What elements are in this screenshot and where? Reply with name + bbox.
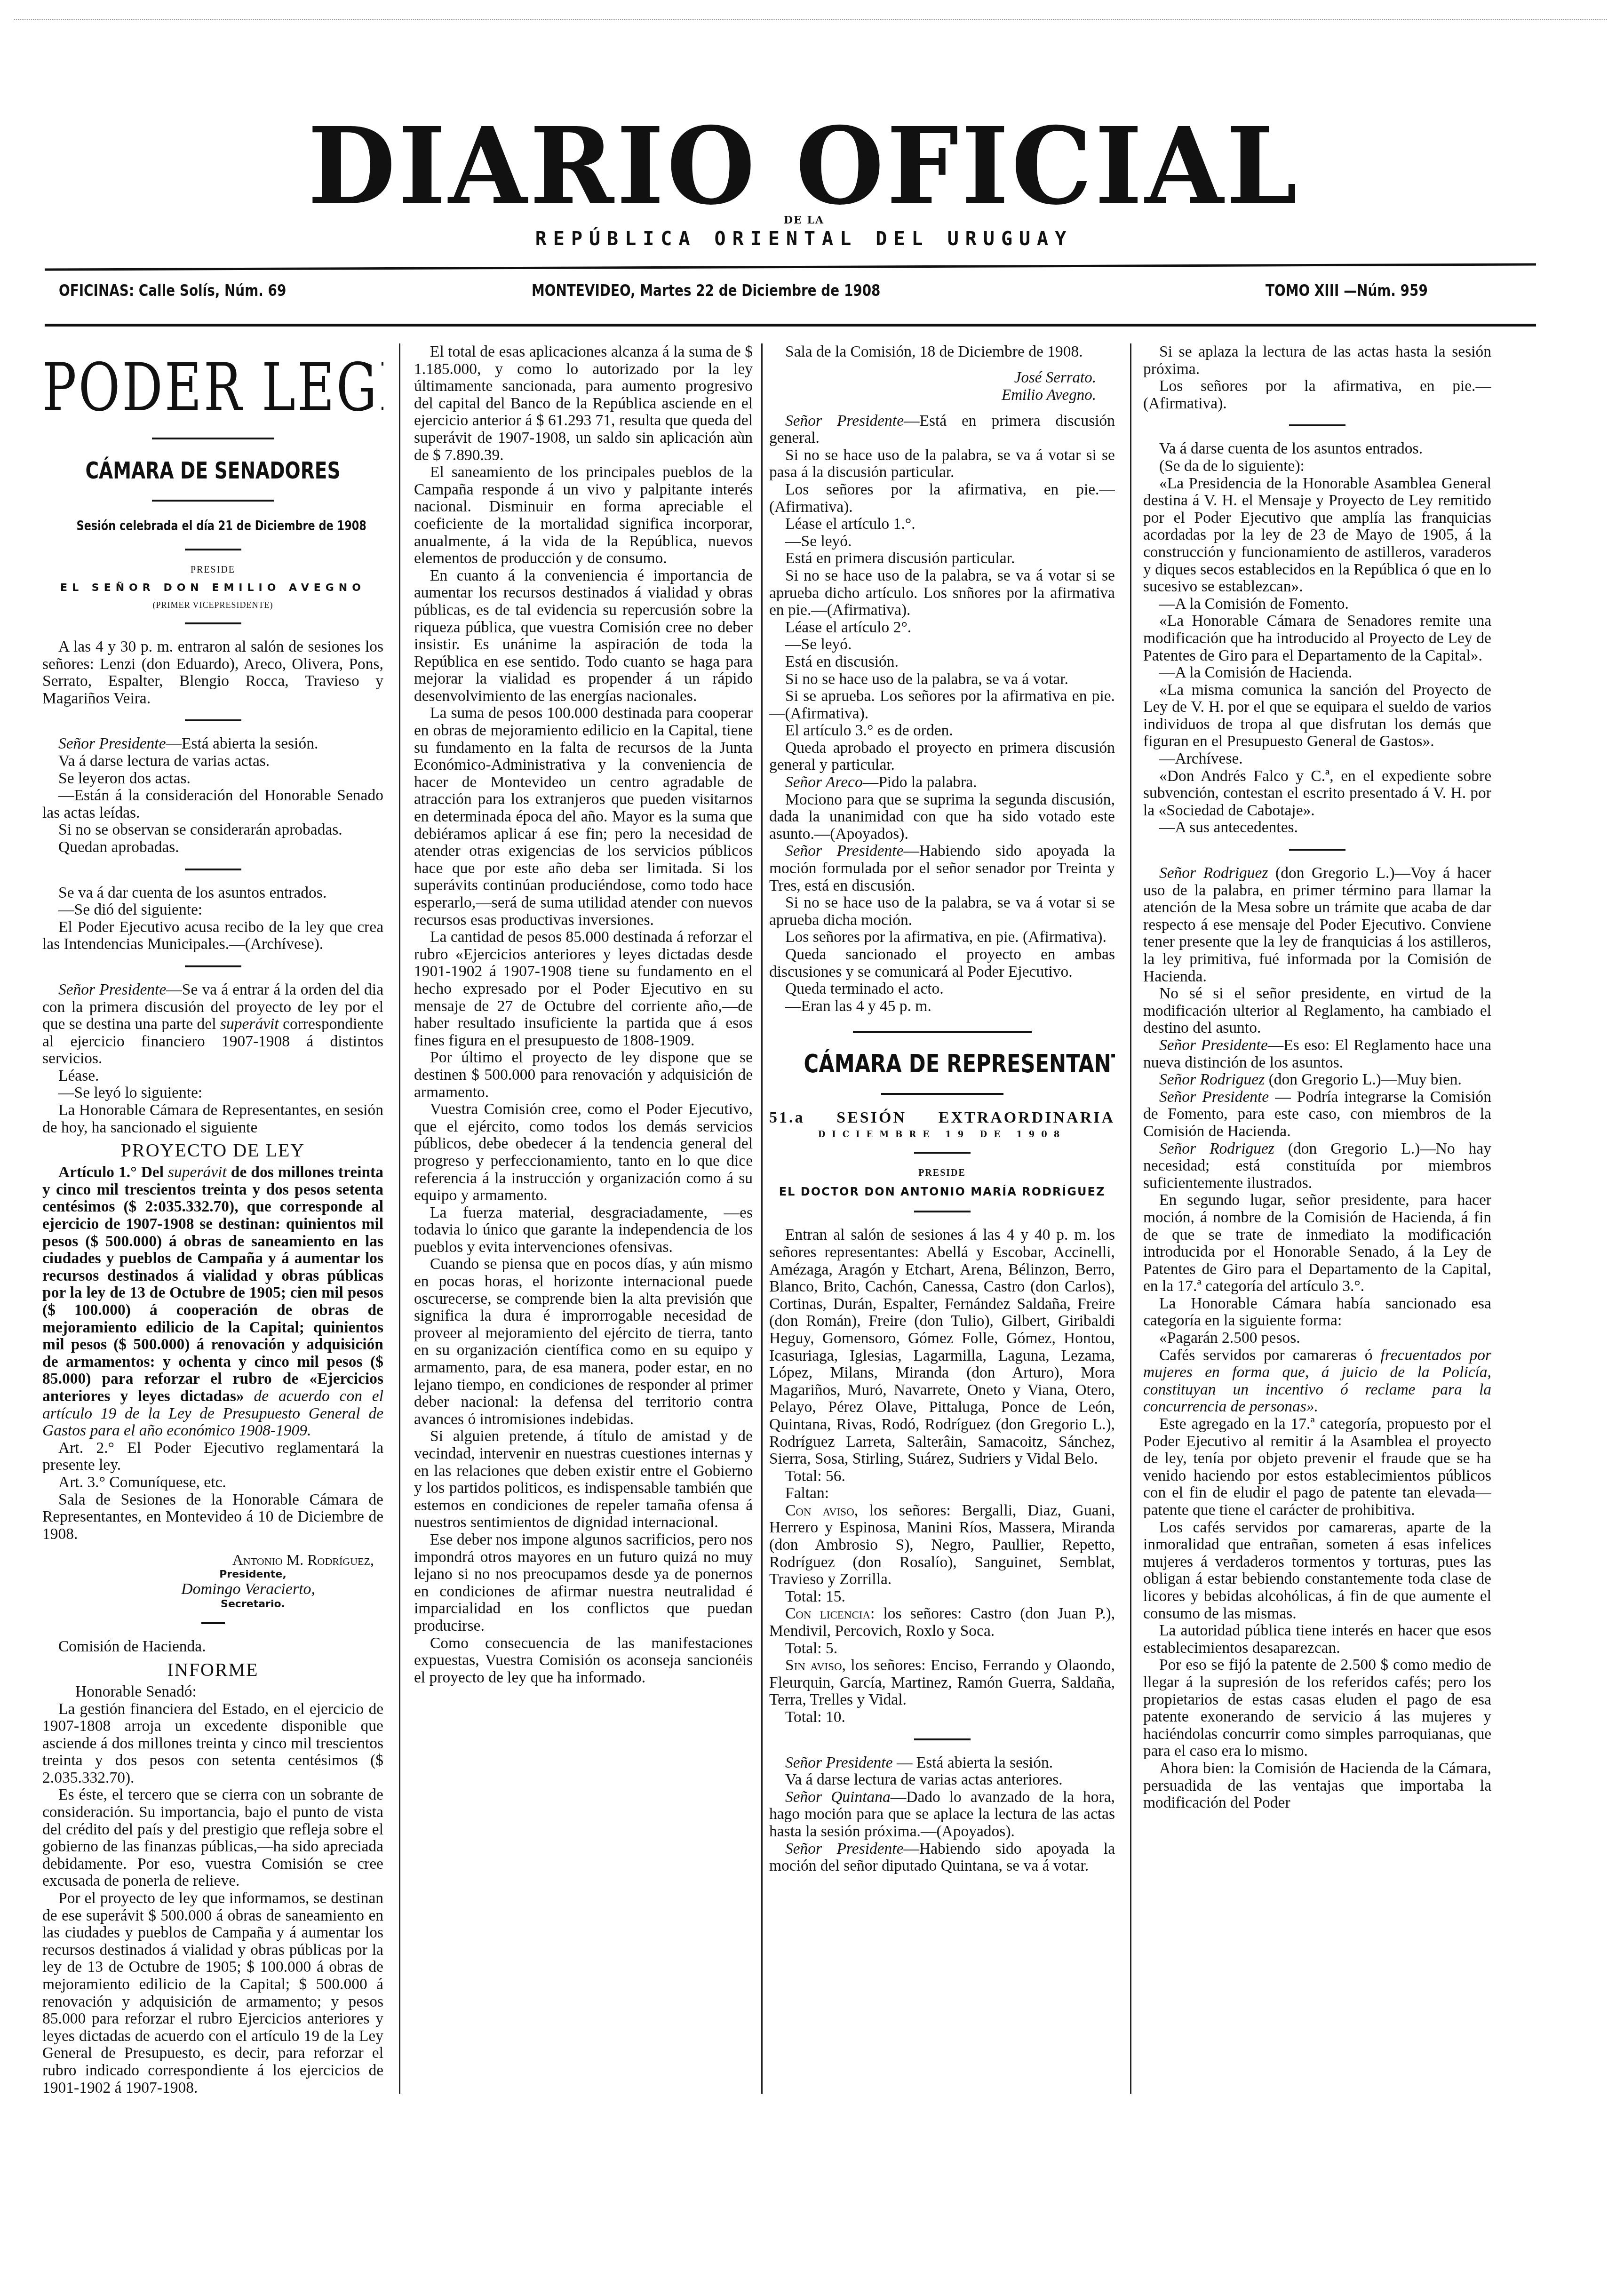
- paragraph: —Se leyó.: [769, 636, 1115, 654]
- paragraph: La suma de pesos 100.000 destinada para …: [414, 705, 753, 929]
- paragraph: —Están á la consideración del Honorable …: [42, 787, 383, 821]
- paragraph: El total de esas aplicaciones alcanza á …: [414, 343, 753, 464]
- print-noise: [14, 19, 1608, 24]
- paragraph: «Don Andrés Falco y C.ª, en el expedient…: [1143, 768, 1491, 820]
- paragraph: Si no se hace uso de la palabra, se va á…: [769, 447, 1115, 481]
- issue-info-bar: OFICINAS: Calle Solís, Núm. 69 MONTEVIDE…: [0, 281, 1608, 310]
- absent-label: Faltan:: [769, 1485, 1115, 1502]
- session-heading: 51.a SESIÓN EXTRAORDINARIA: [769, 1109, 1115, 1127]
- paragraph: Los señores por la afirmativa, en pie. (…: [769, 929, 1115, 946]
- divider: [185, 869, 241, 870]
- paragraph: —Eran las 4 y 45 p. m.: [769, 998, 1115, 1015]
- volume-number: TOMO XIII —Núm. 959: [1266, 281, 1428, 300]
- paragraph: —A la Comisión de Fomento.: [1143, 596, 1491, 613]
- divider: [914, 1152, 971, 1154]
- total: Total: 10.: [769, 1709, 1115, 1726]
- preside-label: PRESIDE: [769, 1168, 1115, 1179]
- paragraph: Señor Presidente—Habiendo sido apoyada l…: [769, 1841, 1115, 1875]
- paragraph: Va á darse lectura de varias actas.: [42, 753, 383, 770]
- paragraph: La Honorable Cámara había sancionado esa…: [1143, 1295, 1491, 1330]
- paragraph: Si no se hace uso de la palabra, se va á…: [769, 894, 1115, 929]
- column-divider: [399, 343, 400, 2094]
- president-name: EL DOCTOR DON ANTONIO MARÍA RODRÍGUEZ: [769, 1185, 1115, 1198]
- chamber-heading: CÁMARA DE SENADORES: [80, 454, 346, 487]
- total: Total: 5.: [769, 1640, 1115, 1658]
- paragraph: Los cafés servidos por camareras, aparte…: [1143, 1519, 1491, 1623]
- paragraph: —A la Comisión de Hacienda.: [1143, 664, 1491, 682]
- paragraph: La Honorable Cámara de Representantes, e…: [42, 1102, 383, 1136]
- paragraph: Los señores por la afirmativa, en pie.—(…: [1143, 378, 1491, 412]
- paragraph: —A sus antecedentes.: [1143, 819, 1491, 837]
- divider: [1289, 424, 1345, 426]
- divider: [201, 1622, 225, 1624]
- paragraph: Señor Presidente—Está abierta la sesión.: [42, 735, 383, 753]
- paragraph: Va á darse cuenta de los asuntos entrado…: [1143, 440, 1491, 458]
- paragraph: (Se da de lo siguiente):: [1143, 458, 1491, 475]
- signatory-name: José Serrato.: [769, 369, 1115, 387]
- paragraph: —Se leyó.: [769, 533, 1115, 550]
- paragraph: Señor Rodriguez (don Gregorio L.)—No hay…: [1143, 1140, 1491, 1192]
- column-1: PODER LEGISLATIVO CÁMARA DE SENADORES Se…: [42, 343, 383, 2282]
- column-divider: [1130, 343, 1131, 2094]
- column-2: Por el proyecto de ley que informamos, s…: [414, 343, 753, 2282]
- paragraph: Señor Presidente—Es eso: El Reglamento h…: [1143, 1037, 1491, 1071]
- paragraph: Es éste, el tercero que se cierra con un…: [42, 1786, 383, 1890]
- masthead-rule-bottom: [45, 324, 1536, 327]
- paragraph: Por el proyecto de ley que informamos, s…: [42, 1890, 383, 2097]
- paragraph: En cuanto á la conveniencia é importanci…: [414, 567, 753, 705]
- divider: [152, 500, 274, 502]
- newspaper-title: DIARIO OFICIAL: [0, 113, 1608, 219]
- signatory-name: Domingo Veracierto,: [42, 1580, 383, 1598]
- paragraph: Si no se observan se considerarán aproba…: [42, 821, 383, 839]
- attendance-list: Entran al salón de sesiones á las 4 y 40…: [769, 1227, 1115, 1467]
- paragraph: Señor Rodriguez (don Gregorio L.)—Muy bi…: [1143, 1071, 1491, 1089]
- paragraph: No sé si el señor presidente, en virtud …: [1143, 985, 1491, 1037]
- signatory-role: Secretario.: [42, 1598, 383, 1610]
- paragraph: Cafés servidos por camareras ó frecuenta…: [1143, 1347, 1491, 1416]
- session-heading: Sesión celebrada el día 21 de Diciembre …: [77, 516, 350, 536]
- president-name: EL SEÑOR DON EMILIO AVEGNO: [42, 582, 383, 594]
- newspaper-subtitle: REPÚBLICA ORIENTAL DEL URUGUAY: [0, 228, 1608, 250]
- paragraph: Si no se hace uso de la palabra, se va á…: [769, 671, 1115, 688]
- signatory-name: Emilio Avegno.: [769, 387, 1115, 404]
- paragraph: «La misma comunica la sanción del Proyec…: [1143, 682, 1491, 750]
- paragraph: Ahora bien: la Comisión de Hacienda de l…: [1143, 1760, 1491, 1812]
- paragraph: Por eso se fijó la patente de 2.500 $ co…: [1143, 1657, 1491, 1760]
- speaker: Señor Presidente: [58, 735, 166, 752]
- bill-heading: PROYECTO DE LEY: [42, 1139, 383, 1161]
- paragraph: —Se leyó lo siguiente:: [42, 1084, 383, 1102]
- paragraph: —Se dió del siguiente:: [42, 901, 383, 919]
- paragraph: Léase el artículo 2°.: [769, 619, 1115, 637]
- total-present: Total: 56.: [769, 1468, 1115, 1485]
- paragraph: Mociono para que se suprima la segunda d…: [769, 791, 1115, 843]
- divider: [185, 965, 241, 967]
- divider: [185, 549, 241, 550]
- section-heading: PODER LEGISLATIVO: [42, 349, 383, 428]
- paragraph: Queda sancionado el proyecto en ambas di…: [769, 946, 1115, 981]
- paragraph: A las 4 y 30 p. m. entraron al salón de …: [42, 638, 383, 707]
- paragraph: «La Presidencia de la Honorable Asamblea…: [1143, 475, 1491, 596]
- signatory-name: Antonio M. Rodríguez,: [42, 1551, 383, 1569]
- paragraph: La autoridad pública tiene interés en ha…: [1143, 1622, 1491, 1657]
- paragraph: —Archívese.: [1143, 750, 1491, 768]
- paragraph: Se va á dar cuenta de los asuntos entrad…: [42, 885, 383, 902]
- signatory-role: Presidente,: [42, 1569, 383, 1580]
- paragraph: La cantidad de pesos 85.000 destinada á …: [414, 929, 753, 1049]
- paragraph: El Poder Ejecutivo acusa recibo de la le…: [42, 919, 383, 953]
- absent-on-leave: Con licencia: los señores: Castro (don J…: [769, 1605, 1115, 1640]
- paragraph: Señor Quintana—Dado lo avanzado de la ho…: [769, 1789, 1115, 1841]
- paragraph: Señor Areco—Pido la palabra.: [769, 774, 1115, 791]
- divider: [1289, 849, 1345, 851]
- paragraph: Sala de la Comisión, 18 de Diciembre de …: [769, 343, 1115, 361]
- paragraph: El saneamiento de los principales pueblo…: [414, 464, 753, 567]
- paragraph: Señor Presidente — Podría integrarse la …: [1143, 1089, 1491, 1140]
- paragraph: Comisión de Hacienda.: [42, 1638, 383, 1656]
- column-4: Si se aplaza la lectura de las actas has…: [1143, 343, 1491, 2282]
- article-2: Art. 2.° El Poder Ejecutivo reglamentará…: [42, 1440, 383, 1474]
- paragraph: Va á darse lectura de varias actas anter…: [769, 1771, 1115, 1789]
- paragraph: Por último el proyecto de ley dispone qu…: [414, 1049, 753, 1101]
- paragraph: Señor Presidente—Habiendo sido apoyada l…: [769, 843, 1115, 894]
- offices-address: OFICINAS: Calle Solís, Núm. 69: [59, 281, 286, 300]
- paragraph: Queda terminado el acto.: [769, 981, 1115, 998]
- paragraph: Vuestra Comisión cree, como el Poder Eje…: [414, 1101, 753, 1204]
- paragraph: El artículo 3.° es de orden.: [769, 722, 1115, 740]
- paragraph: Léase el artículo 1.°.: [769, 516, 1115, 533]
- paragraph: Léase.: [42, 1068, 383, 1085]
- masthead: DIARIO OFICIAL DE LA REPÚBLICA ORIENTAL …: [0, 0, 1608, 343]
- paragraph: Quedan aprobadas.: [42, 839, 383, 856]
- paragraph: Si alguien pretende, á título de amistad…: [414, 1428, 753, 1531]
- paragraph: Está en discusión.: [769, 654, 1115, 671]
- paragraph: Señor Presidente—Está en primera discusi…: [769, 413, 1115, 447]
- paragraph: En segundo lugar, señor presidente, para…: [1143, 1192, 1491, 1295]
- paragraph: La gestión financiera del Estado, en el …: [42, 1701, 383, 1787]
- report-heading: INFORME: [42, 1658, 383, 1681]
- absent-with-notice: Con aviso, los señores: Bergalli, Diaz, …: [769, 1502, 1115, 1588]
- divider: [914, 1738, 971, 1740]
- paragraph: Señor Presidente — Está abierta la sesió…: [769, 1754, 1115, 1772]
- article-1: Artículo 1.° Del superávit de dos millon…: [42, 1164, 383, 1440]
- title-connector: DE LA: [0, 214, 1608, 226]
- chamber-heading: CÁMARA DE REPRESENTANTES: [804, 1047, 1081, 1081]
- paragraph: La fuerza material, desgraciadamente, —e…: [414, 1204, 753, 1256]
- paragraph: Sala de Sesiones de la Honorable Cámara …: [42, 1491, 383, 1543]
- paragraph: Señor Rodriguez (don Gregorio L.)—Voy á …: [1143, 865, 1491, 985]
- column-divider: [761, 343, 763, 2094]
- paragraph: «La Honorable Cámara de Senadores remite…: [1143, 613, 1491, 664]
- paragraph: Los señores por la afirmativa, en pie.—(…: [769, 481, 1115, 516]
- paragraph: Si se aprueba. Los señores por la afirma…: [769, 688, 1115, 722]
- divider: [185, 622, 241, 624]
- paragraph: «Pagarán 2.500 pesos.: [1143, 1330, 1491, 1347]
- divider: [152, 438, 274, 439]
- paragraph: Ese deber nos impone algunos sacrificios…: [414, 1531, 753, 1635]
- divider: [881, 1093, 1003, 1095]
- divider: [853, 1031, 1032, 1033]
- paragraph: Queda aprobado el proyecto en primera di…: [769, 740, 1115, 774]
- paragraph: Está en primera discusión particular.: [769, 550, 1115, 567]
- paragraph: Se leyeron dos actas.: [42, 770, 383, 788]
- divider: [914, 1211, 971, 1212]
- dateline: MONTEVIDEO, Martes 22 de Diciembre de 19…: [532, 281, 881, 300]
- paragraph: Si se aplaza la lectura de las actas has…: [1143, 343, 1491, 378]
- session-date: DICIEMBRE 19 DE 1908: [769, 1130, 1115, 1140]
- preside-label: PRESIDE: [42, 565, 383, 575]
- paragraph: Como consecuencia de las manifestaciones…: [414, 1635, 753, 1687]
- paragraph: Si no se hace uso de la palabra, se va á…: [769, 567, 1115, 619]
- divider: [185, 719, 241, 721]
- masthead-rule-top: [45, 263, 1536, 271]
- president-role: (PRIMER VICEPRESIDENTE): [42, 600, 383, 610]
- total: Total: 15.: [769, 1588, 1115, 1606]
- paragraph: Cuando se piensa que en pocos días, y aú…: [414, 1256, 753, 1428]
- paragraph: Señor Presidente—Se va á entrar á la ord…: [42, 981, 383, 1068]
- absent-without-notice: Sin aviso, los señores: Enciso, Ferrando…: [769, 1657, 1115, 1709]
- column-3: Sala de la Comisión, 18 de Diciembre de …: [769, 343, 1115, 2282]
- salutation: Honorable Senadó:: [42, 1683, 383, 1701]
- article-3: Art. 3.° Comuníquese, etc.: [42, 1474, 383, 1491]
- paragraph: Este agregado en la 17.ª categoría, prop…: [1143, 1416, 1491, 1519]
